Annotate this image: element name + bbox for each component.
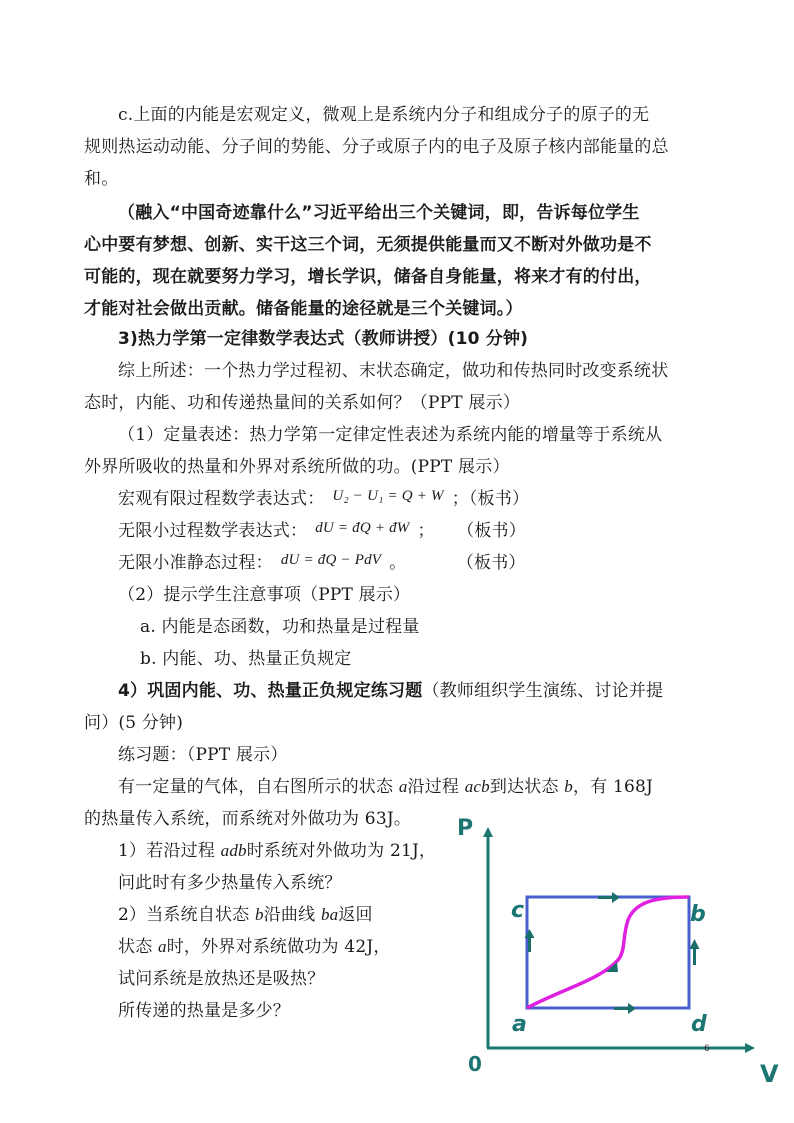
exercise-line: 有一定量的气体，自右图所示的状态 a沿过程 acb到达状态 b，有 168J	[118, 776, 758, 798]
formula-label: 无限小过程数学表达式：	[118, 521, 307, 541]
heading-rest-text: （教师组织学生演练、讨论并提	[422, 681, 663, 701]
paragraph-line: c.上面的内能是宏观定义，微观上是系统内分子和组成分子的原子的无	[118, 104, 758, 126]
point-label-c: c	[511, 898, 524, 923]
text: 2）当系统自状态	[118, 905, 255, 925]
formula-line-quasistatic: 无限小准静态过程：dU = đQ − PdV。 （板书）	[118, 552, 758, 575]
process-symbol: adb	[221, 841, 247, 860]
pv-diagram: P V 0 a b c d 6	[450, 810, 794, 1123]
point-label-d: d	[691, 1012, 707, 1037]
paragraph-line: 和。	[84, 168, 724, 190]
section-heading-4: 4）巩固内能、功、热量正负规定练习题（教师组织学生演练、讨论并提	[118, 680, 758, 702]
arrow-icon-top	[598, 892, 620, 903]
text: 返回	[338, 905, 372, 925]
pv-diagram-graphic	[450, 810, 794, 1123]
bold-paragraph-line: （融入“中国奇迹靠什么”习近平给出三个关键词，即，告诉每位学生	[118, 202, 758, 224]
paragraph-line: 态时，内能、功和传递热量间的关系如何？（PPT 展示）	[84, 392, 724, 414]
bold-paragraph-line: 可能的，现在就要努力学习，增长学识，储备自身能量，将来才有的付出，	[84, 266, 724, 288]
process-rectangle	[527, 897, 689, 1008]
text: ，有 168J	[573, 777, 653, 797]
text: 有一定量的气体，自右图所示的状态	[118, 777, 399, 797]
paragraph-line: 综上所述：一个热力学过程初、末状态确定，做功和传热同时改变系统状	[118, 360, 758, 382]
formula-label: 无限小准静态过程：	[118, 553, 273, 573]
text: 时系统对外做功为 21J，	[247, 841, 436, 861]
axis-label-v: V	[760, 1060, 779, 1088]
paragraph-line: 问）(5 分钟)	[84, 712, 724, 734]
text: 沿过程	[408, 777, 465, 797]
state-symbol: b	[255, 905, 264, 924]
formula-suffix: ； （板书）	[418, 521, 526, 541]
text: 沿曲线	[264, 905, 321, 925]
list-item: a. 内能是态函数，功和热量是过程量	[140, 616, 780, 638]
paragraph-line: （1）定量表述：热力学第一定律定性表述为系统内能的增量等于系统从	[118, 424, 758, 446]
paragraph-line: 规则热运动动能、分子间的势能、分子或原子内的电子及原子核内部能量的总	[84, 136, 724, 158]
arrow-icon-bottom	[614, 1003, 636, 1014]
formula-expression: U₂ − U₁ = Q + W	[332, 485, 443, 507]
text: 1）若沿过程	[118, 841, 221, 861]
axis-label-p: P	[457, 816, 473, 841]
formula-expression: dU = đQ + đW	[315, 517, 409, 539]
state-symbol: a	[399, 777, 408, 796]
page-number: 6	[704, 1044, 710, 1054]
state-symbol: a	[158, 937, 167, 956]
point-label-b: b	[690, 902, 706, 927]
origin-label: 0	[468, 1052, 482, 1076]
formula-label: 宏观有限过程数学表达式：	[118, 489, 324, 509]
text: 时，外界对系统做功为 42J，	[167, 937, 391, 957]
section-heading-3: 3)热力学第一定律数学表达式（教师讲授）(10 分钟)	[118, 328, 758, 350]
formula-line-infinitesimal: 无限小过程数学表达式：dU = đQ + đW； （板书）	[118, 520, 758, 543]
text: 到达状态	[490, 777, 564, 797]
formula-suffix: ；（板书）	[452, 489, 530, 509]
paragraph-line: 外界所吸收的热量和外界对系统所做的功。(PPT 展示）	[84, 456, 724, 478]
curve-ba	[527, 897, 689, 1008]
process-symbol: acb	[465, 777, 490, 796]
arrow-icon-right-up	[690, 939, 700, 965]
bold-paragraph-line: 心中要有梦想、创新、实干这三个词，无须提供能量而又不断对外做功是不	[84, 234, 724, 256]
formula-suffix: 。 （板书）	[389, 553, 525, 573]
point-label-a: a	[512, 1012, 527, 1037]
heading-bold-text: 4）巩固内能、功、热量正负规定练习题	[118, 681, 422, 701]
text: 状态	[118, 937, 158, 957]
paragraph-line: （2）提示学生注意事项（PPT 展示）	[118, 584, 758, 606]
process-symbol: ba	[321, 905, 338, 924]
formula-line-finite: 宏观有限过程数学表达式：U₂ − U₁ = Q + W；（板书）	[118, 488, 758, 511]
formula-expression: dU = đQ − PdV	[281, 549, 381, 571]
state-symbol: b	[564, 777, 573, 796]
bold-paragraph-line: 才能对社会做出贡献。储备能量的途径就是三个关键词。）	[84, 298, 724, 320]
exercise-title: 练习题：（PPT 展示）	[118, 744, 758, 766]
list-item: b. 内能、功、热量正负规定	[140, 648, 780, 670]
